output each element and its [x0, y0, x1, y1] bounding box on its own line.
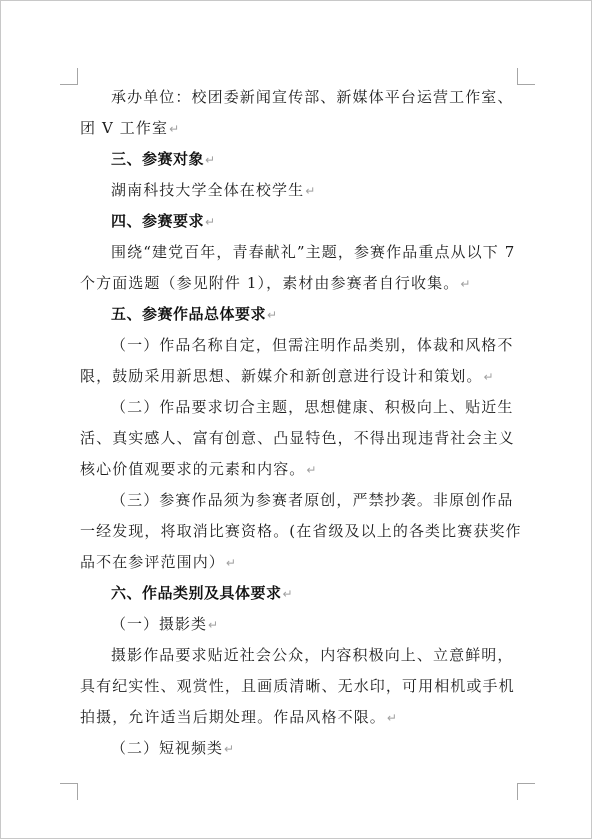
requirement-1-line-cont: 限，鼓励采用新思想、新媒介和新创意进行设计和策划。↵ [80, 361, 520, 392]
theme-line-cont: 个方面选题（参见附件 1），素材由参赛者自行收集。↵ [80, 268, 520, 299]
subheading-photography: （一）摄影类↵ [80, 609, 520, 640]
paragraph-mark-icon: ↵ [226, 556, 236, 570]
line-text: 团 V 工作室 [80, 119, 168, 137]
paragraph-mark-icon: ↵ [208, 618, 218, 632]
section-heading-6: 六、作品类别及具体要求↵ [80, 578, 520, 609]
line-text: 摄影作品要求贴近社会公众，内容积极向上、立意鲜明， [111, 646, 514, 664]
paragraph-mark-icon: ↵ [283, 587, 293, 601]
subheading-text: （一）摄影类 [111, 615, 207, 633]
line-text: 活、真实感人、富有创意、凸显特色，不得出现违背社会主义 [80, 429, 515, 447]
requirement-3-line: （三）参赛作品须为参赛者原创，严禁抄袭。非原创作品 [80, 485, 520, 516]
line-text: 围绕“建党百年，青春献礼”主题，参赛作品重点从以下 7 [111, 243, 515, 261]
line-text: 一经发现，将取消比赛资格。(在省级及以上的各类比赛获奖作 [80, 522, 522, 540]
theme-line: 围绕“建党百年，青春献礼”主题，参赛作品重点从以下 7 [80, 237, 520, 268]
line-text: 限，鼓励采用新思想、新媒介和新创意进行设计和策划。 [80, 367, 483, 385]
paragraph-mark-icon: ↵ [387, 711, 397, 725]
requirement-2-line-end: 核心价值观要求的元素和内容。↵ [80, 454, 520, 485]
section-heading-3: 三、参赛对象↵ [80, 144, 520, 175]
paragraph-mark-icon: ↵ [460, 277, 470, 291]
heading-text: 三、参赛对象 [111, 150, 204, 168]
line-text: （二）作品要求切合主题，思想健康、积极向上、贴近生 [111, 398, 514, 416]
requirement-3-line-end: 品不在参评范围内）↵ [80, 547, 520, 578]
paragraph-mark-icon: ↵ [205, 215, 215, 229]
margin-corner-bottom-left [60, 783, 78, 800]
requirement-2-line-cont: 活、真实感人、富有创意、凸显特色，不得出现违背社会主义 [80, 423, 520, 454]
photography-line-cont: 具有纪实性、观赏性，且画质清晰、无水印，可用相机或手机 [80, 671, 520, 702]
subheading-short-video: （二）短视频类↵ [80, 733, 520, 764]
paragraph-mark-icon: ↵ [484, 370, 494, 384]
paragraph-mark-icon: ↵ [205, 153, 215, 167]
heading-text: 六、作品类别及具体要求 [111, 584, 282, 602]
line-text: 核心价值观要求的元素和内容。 [80, 460, 305, 478]
paragraph-mark-icon: ↵ [305, 184, 315, 198]
heading-text: 五、参赛作品总体要求 [111, 305, 266, 323]
paragraph-mark-icon: ↵ [306, 463, 316, 477]
section-heading-4: 四、参赛要求↵ [80, 206, 520, 237]
margin-corner-bottom-right [517, 783, 535, 800]
participants-line: 湖南科技大学全体在校学生↵ [80, 175, 520, 206]
margin-corner-top-left [60, 68, 78, 85]
organizer-line: 承办单位：校团委新闻宣传部、新媒体平台运营工作室、 [80, 82, 520, 113]
paragraph-mark-icon: ↵ [267, 308, 277, 322]
line-text: 具有纪实性、观赏性，且画质清晰、无水印，可用相机或手机 [80, 677, 515, 695]
document-page: 承办单位：校团委新闻宣传部、新媒体平台运营工作室、 团 V 工作室↵ 三、参赛对… [0, 0, 592, 839]
paragraph-mark-icon: ↵ [224, 742, 234, 756]
line-text: （一）作品名称自定，但需注明作品类别，体裁和风格不 [111, 336, 514, 354]
section-heading-5: 五、参赛作品总体要求↵ [80, 299, 520, 330]
requirement-1-line: （一）作品名称自定，但需注明作品类别，体裁和风格不 [80, 330, 520, 361]
photography-line-end: 拍摄，允许适当后期处理。作品风格不限。↵ [80, 702, 520, 733]
line-text: 品不在参评范围内） [80, 553, 225, 571]
line-text: 承办单位：校团委新闻宣传部、新媒体平台运营工作室、 [111, 88, 514, 106]
line-text: 拍摄，允许适当后期处理。作品风格不限。 [80, 708, 386, 726]
subheading-text: （二）短视频类 [111, 739, 223, 757]
organizer-line-cont: 团 V 工作室↵ [80, 113, 520, 144]
document-body[interactable]: 承办单位：校团委新闻宣传部、新媒体平台运营工作室、 团 V 工作室↵ 三、参赛对… [80, 82, 520, 764]
line-text: （三）参赛作品须为参赛者原创，严禁抄袭。非原创作品 [111, 491, 514, 509]
photography-line: 摄影作品要求贴近社会公众，内容积极向上、立意鲜明， [80, 640, 520, 671]
line-text: 湖南科技大学全体在校学生 [111, 181, 304, 199]
paragraph-mark-icon: ↵ [169, 122, 179, 136]
requirement-3-line-cont: 一经发现，将取消比赛资格。(在省级及以上的各类比赛获奖作 [80, 516, 520, 547]
requirement-2-line: （二）作品要求切合主题，思想健康、积极向上、贴近生 [80, 392, 520, 423]
heading-text: 四、参赛要求 [111, 212, 204, 230]
line-text: 个方面选题（参见附件 1），素材由参赛者自行收集。 [80, 274, 459, 292]
